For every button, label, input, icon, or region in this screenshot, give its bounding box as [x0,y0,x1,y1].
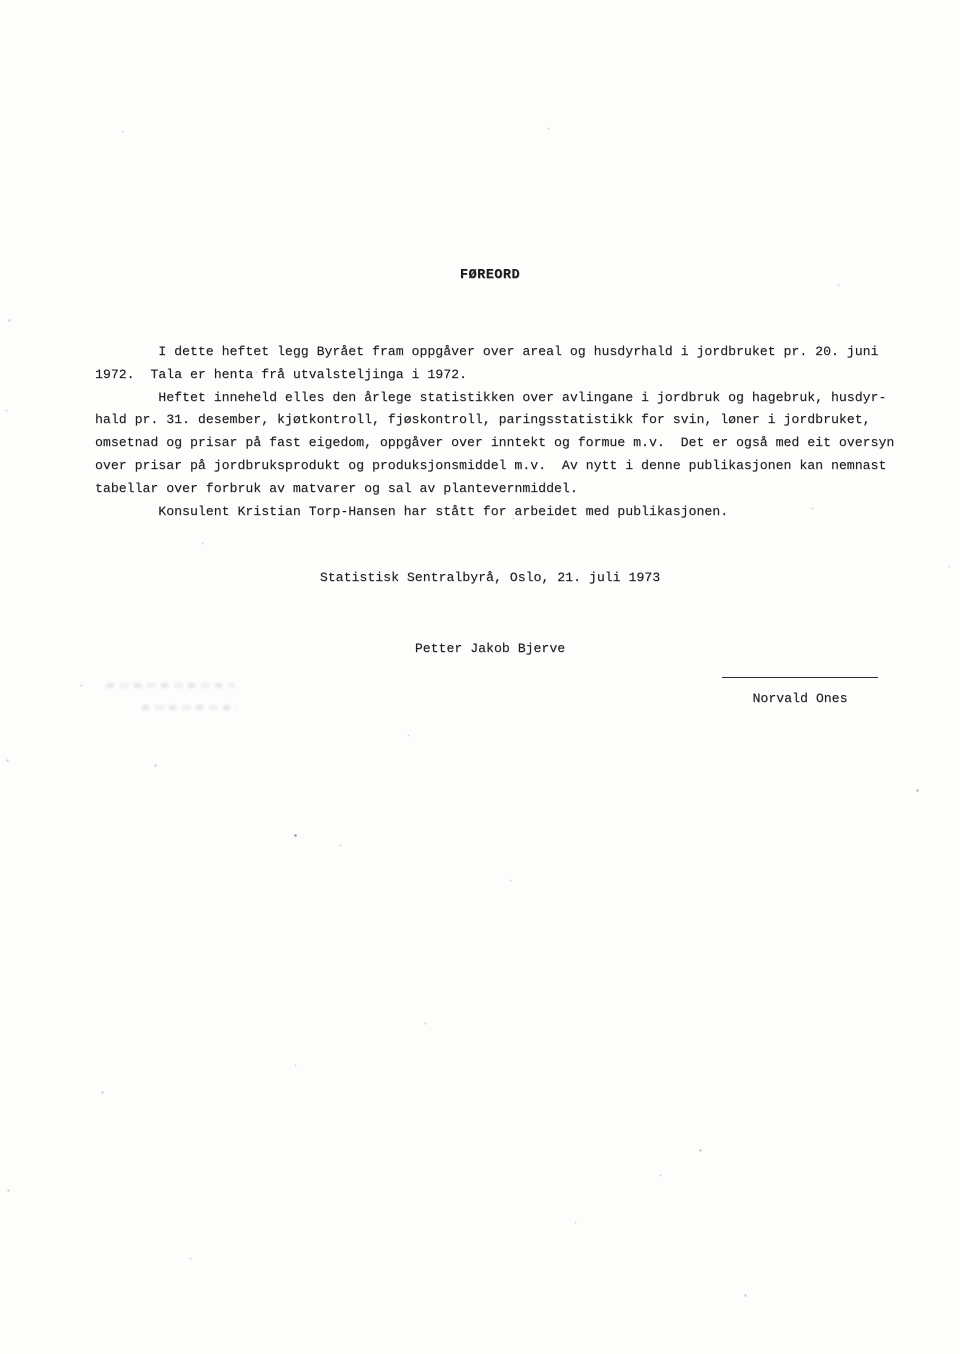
page-title: FØREORD [95,268,885,283]
illegible-smudge [142,705,237,710]
body-line: Heftet inneheld elles den årlege statist… [95,387,905,410]
signoff-line: Statistisk Sentralbyrå, Oslo, 21. juli 1… [95,570,885,585]
body-line: hald pr. 31. desember, kjøtkontroll, fjø… [95,409,905,432]
body-line: omsetnad og prisar på fast eigedom, oppg… [95,432,905,455]
body-line: 1972. Tala er henta frå utvalsteljinga i… [95,364,905,387]
paper-specks [0,0,1,1]
body-line: over prisar på jordbruksprodukt og produ… [95,455,905,478]
body-line: tabellar over forbruk av matvarer og sal… [95,478,905,501]
signature-secondary: Norvald Ones [722,691,878,706]
body-line: Konsulent Kristian Torp-Hansen har stått… [95,501,905,524]
signature-primary: Petter Jakob Bjerve [95,641,885,656]
body-line: I dette heftet legg Byrået fram oppgåver… [95,341,905,364]
signature-block: Norvald Ones [722,677,878,706]
illegible-smudge [107,683,235,688]
foreword-body: I dette heftet legg Byrået fram oppgåver… [95,341,905,523]
document-page: FØREORD I dette heftet legg Byrået fram … [0,0,960,1354]
signature-rule [722,677,878,678]
